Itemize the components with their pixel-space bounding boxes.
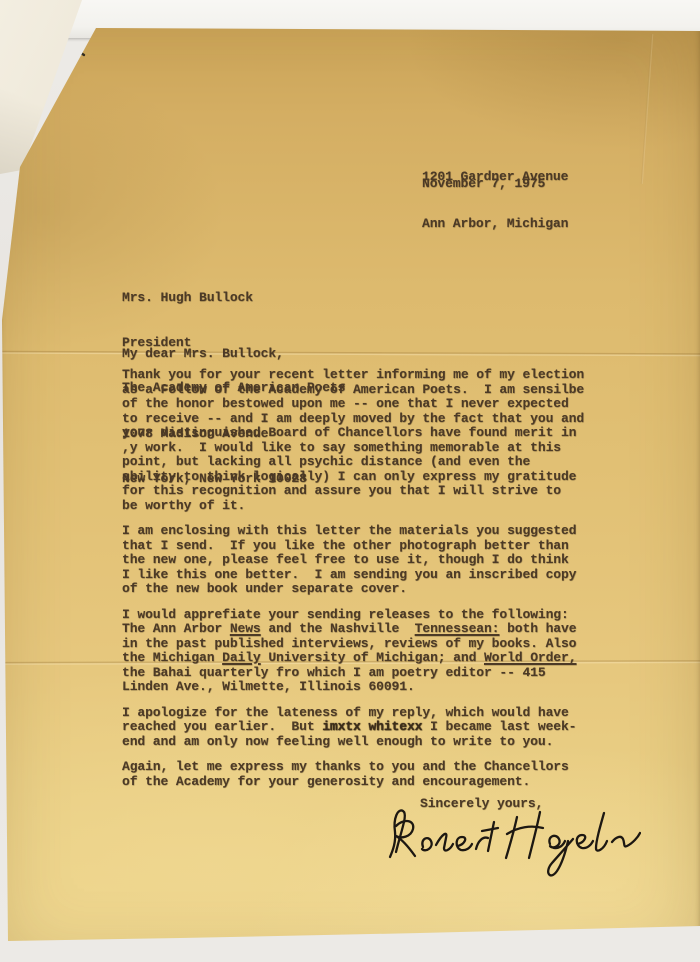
text-line: Thank you for your recent letter informi… [122, 368, 584, 383]
text-line: in the past published interviews, review… [122, 637, 584, 652]
wrinkle [641, 34, 653, 184]
text-line: I am enclosing with this letter the mate… [122, 524, 584, 539]
text-line: Again, let me express my thanks to you a… [122, 760, 584, 775]
paragraph: Thank you for your recent letter informi… [122, 368, 584, 513]
text-line: I would apprefiate your sending releases… [122, 608, 584, 623]
text-line: point, but lacking all psychic distance … [122, 455, 584, 470]
recipient-line: Mrs. Hugh Bullock [122, 290, 345, 305]
paragraph: I am enclosing with this letter the mate… [122, 524, 584, 597]
text-line: I like this one better. I am sending you… [122, 568, 584, 583]
paragraph: I apologize for the lateness of my reply… [122, 706, 584, 750]
letter-date: November 7, 1975 [422, 177, 545, 192]
salutation: My dear Mrs. Bullock, [122, 347, 284, 362]
text-line: the Bahai quarterly fro which I am poetr… [122, 666, 584, 681]
text-line: ability to think logically) I can only e… [122, 470, 584, 485]
text-line: the new one, please feel free to use it,… [122, 553, 584, 568]
text-line: to receive -- and I am deeply moved by t… [122, 412, 584, 427]
text-line: of the honor bestowed upon me -- one tha… [122, 397, 584, 412]
fold-crease [1, 351, 700, 356]
text-line: The Ann Arbor News and the Nashville Ten… [122, 622, 584, 637]
text-line: of the Academy for your generosity and e… [122, 775, 584, 790]
text-line: as a Fellow of the Academy of American P… [122, 383, 584, 398]
text-line: of the new book under separate cover. [122, 582, 584, 597]
text-line: the Michigan Daily University of Michiga… [122, 651, 584, 666]
text-line: I apologize for the lateness of my reply… [122, 706, 584, 721]
paragraph: Again, let me express my thanks to you a… [122, 760, 584, 789]
sender-address: 1201 Gardner Avenue Ann Arbor, Michigan [422, 137, 568, 262]
staple-icon [66, 44, 90, 68]
text-line: your distinguished Board of Chancellors … [122, 426, 584, 441]
text-line: Linden Ave., Wilmette, Illinois 60091. [122, 680, 584, 695]
paragraph: I would apprefiate your sending releases… [122, 608, 584, 695]
letter-body: Thank you for your recent letter informi… [122, 368, 584, 800]
text-line: ,y work. I would like to say something m… [122, 441, 584, 456]
signature [376, 800, 641, 892]
text-line: that I send. If you like the other photo… [122, 539, 584, 554]
text-line: end and am only now feeling well enough … [122, 735, 584, 750]
letter-paper: 1201 Gardner Avenue Ann Arbor, Michigan … [0, 0, 700, 962]
text-line: for this recognition and assure you that… [122, 484, 584, 499]
text-line: be worthy of it. [122, 499, 584, 514]
text-line: reached you earlier. But imxtx whitexx I… [122, 720, 584, 735]
scanned-letter-background: 1201 Gardner Avenue Ann Arbor, Michigan … [0, 0, 700, 962]
sender-line: Ann Arbor, Michigan [422, 216, 568, 231]
